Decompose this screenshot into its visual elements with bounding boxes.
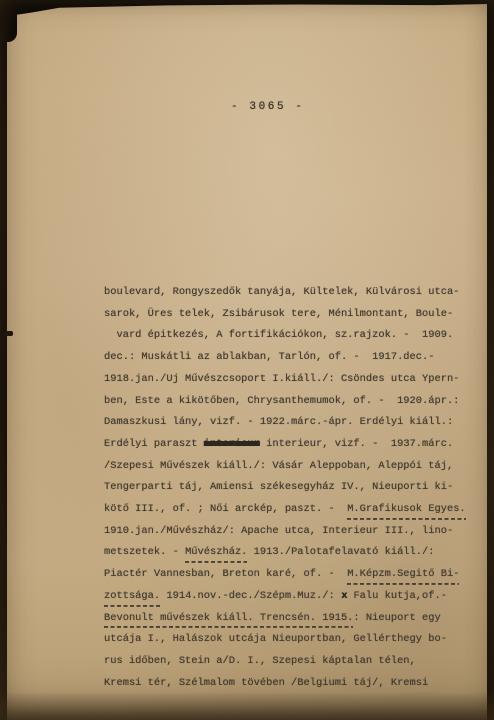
- text-line: /Szepesi Művészek kiáll./: Vásár Aleppob…: [104, 456, 476, 478]
- text-line: metszetek. - Művészház. 1913./Palotafela…: [104, 542, 476, 564]
- scan-edge-right: [487, 0, 494, 720]
- text-line: kötő III., of. ; Női arckép, paszt. - M.…: [104, 499, 476, 521]
- text-segment: 1910.jan./Művészház/: Apache utca, Inter…: [104, 521, 453, 543]
- text-segment: Falu kutja,of.-: [347, 586, 447, 608]
- text-segment: Erdélyi paraszt: [104, 434, 204, 456]
- typewritten-text-block: boulevard, Rongyszedők tanyája, Kültelek…: [104, 282, 476, 694]
- text-segment: 1914.nov.-dec./Szépm.Muz./:: [160, 586, 341, 608]
- text-segment: 1913./Palotafelavató kiáll./:: [247, 542, 434, 564]
- text-segment: boulevard, Rongyszedők tanyája, Kültelek…: [104, 282, 459, 304]
- text-segment: : Nieuport egy: [353, 608, 440, 630]
- text-line: Damaszkusi lány, vizf. - 1922.márc.-ápr.…: [104, 412, 476, 434]
- page-number: - 3065 -: [231, 101, 305, 113]
- scan-edge-left: [0, 0, 7, 720]
- text-segment: Piactér Vannesban, Breton karé, of. -: [104, 564, 347, 586]
- scan-shadow-bottom: [0, 692, 494, 720]
- text-line: boulevard, Rongyszedők tanyája, Kültelek…: [104, 282, 476, 304]
- text-line: rus időben, Stein a/D. I., Szepesi kápta…: [104, 651, 476, 673]
- text-line: Erdélyi paraszt interieur interieur, viz…: [104, 434, 476, 456]
- text-line: sarok, Üres telek, Zsibárusok tere, Méni…: [104, 304, 476, 326]
- text-segment: dec.: Muskátli az ablakban, Tarlón, of. …: [104, 347, 434, 369]
- text-line: utcája I., Halászok utcája Nieuportban, …: [104, 629, 476, 651]
- text-line: zottsága. 1914.nov.-dec./Szépm.Muz./: x …: [104, 586, 476, 608]
- text-line: Kremsi tér, Szélmalom tövében /Belgiumi …: [104, 673, 476, 695]
- text-line: 1918.jan./Uj Művészcsoport I.kiáll./: Cs…: [104, 369, 476, 391]
- text-line: Tengerparti táj, Amiensi székesegyház IV…: [104, 477, 476, 499]
- text-segment-underline: Művészház.: [185, 542, 247, 564]
- text-segment: ben, Este a kikötőben, Chrysanthemumok, …: [104, 391, 459, 413]
- text-segment: Damaszkusi lány, vizf. - 1922.márc.-ápr.…: [104, 412, 453, 434]
- text-segment: 1918.jan./Uj Művészcsoport I.kiáll./: Cs…: [104, 369, 459, 391]
- document-page: - 3065 - boulevard, Rongyszedők tanyája,…: [0, 0, 494, 720]
- text-segment-underline: zottsága.: [104, 586, 160, 608]
- scan-edge-left-mark: [5, 331, 13, 336]
- text-line: dec.: Muskátli az ablakban, Tarlón, of. …: [104, 347, 476, 369]
- text-segment: sarok, Üres telek, Zsibárusok tere, Méni…: [104, 304, 453, 326]
- text-segment: metszetek. -: [104, 542, 185, 564]
- text-segment: Kremsi tér, Szélmalom tövében /Belgiumi …: [104, 673, 428, 695]
- text-segment: vard épitkezés, A fortifikációkon, sz.ra…: [104, 325, 453, 347]
- text-line: vard épitkezés, A fortifikációkon, sz.ra…: [104, 325, 476, 347]
- text-line: Bevonult művészek kiáll. Trencsén. 1915.…: [104, 608, 476, 630]
- text-segment: kötő III., of. ; Női arckép, paszt. -: [104, 499, 347, 521]
- text-segment: /Szepesi Művészek kiáll./: Vásár Aleppob…: [104, 456, 453, 478]
- text-segment: utcája I., Halászok utcája Nieuportban, …: [104, 629, 447, 651]
- scan-edge-top: [0, 0, 494, 15]
- text-segment: rus időben, Stein a/D. I., Szepesi kápta…: [104, 651, 416, 673]
- text-segment-underline: Bevonult művészek kiáll. Trencsén. 1915.: [104, 608, 353, 630]
- text-segment-strike: interieur: [204, 434, 260, 456]
- text-line: 1910.jan./Művészház/: Apache utca, Inter…: [104, 521, 476, 543]
- text-line: Piactér Vannesban, Breton karé, of. - M.…: [104, 564, 476, 586]
- text-segment: interieur, vizf. - 1937.márc.: [260, 434, 453, 456]
- text-line: ben, Este a kikötőben, Chrysanthemumok, …: [104, 391, 476, 413]
- text-segment-underline: M.Grafikusok Egyes.: [347, 499, 465, 521]
- text-segment: Tengerparti táj, Amiensi székesegyház IV…: [104, 477, 453, 499]
- text-segment-underline: M.Képzm.Segitő Bi-: [347, 564, 459, 586]
